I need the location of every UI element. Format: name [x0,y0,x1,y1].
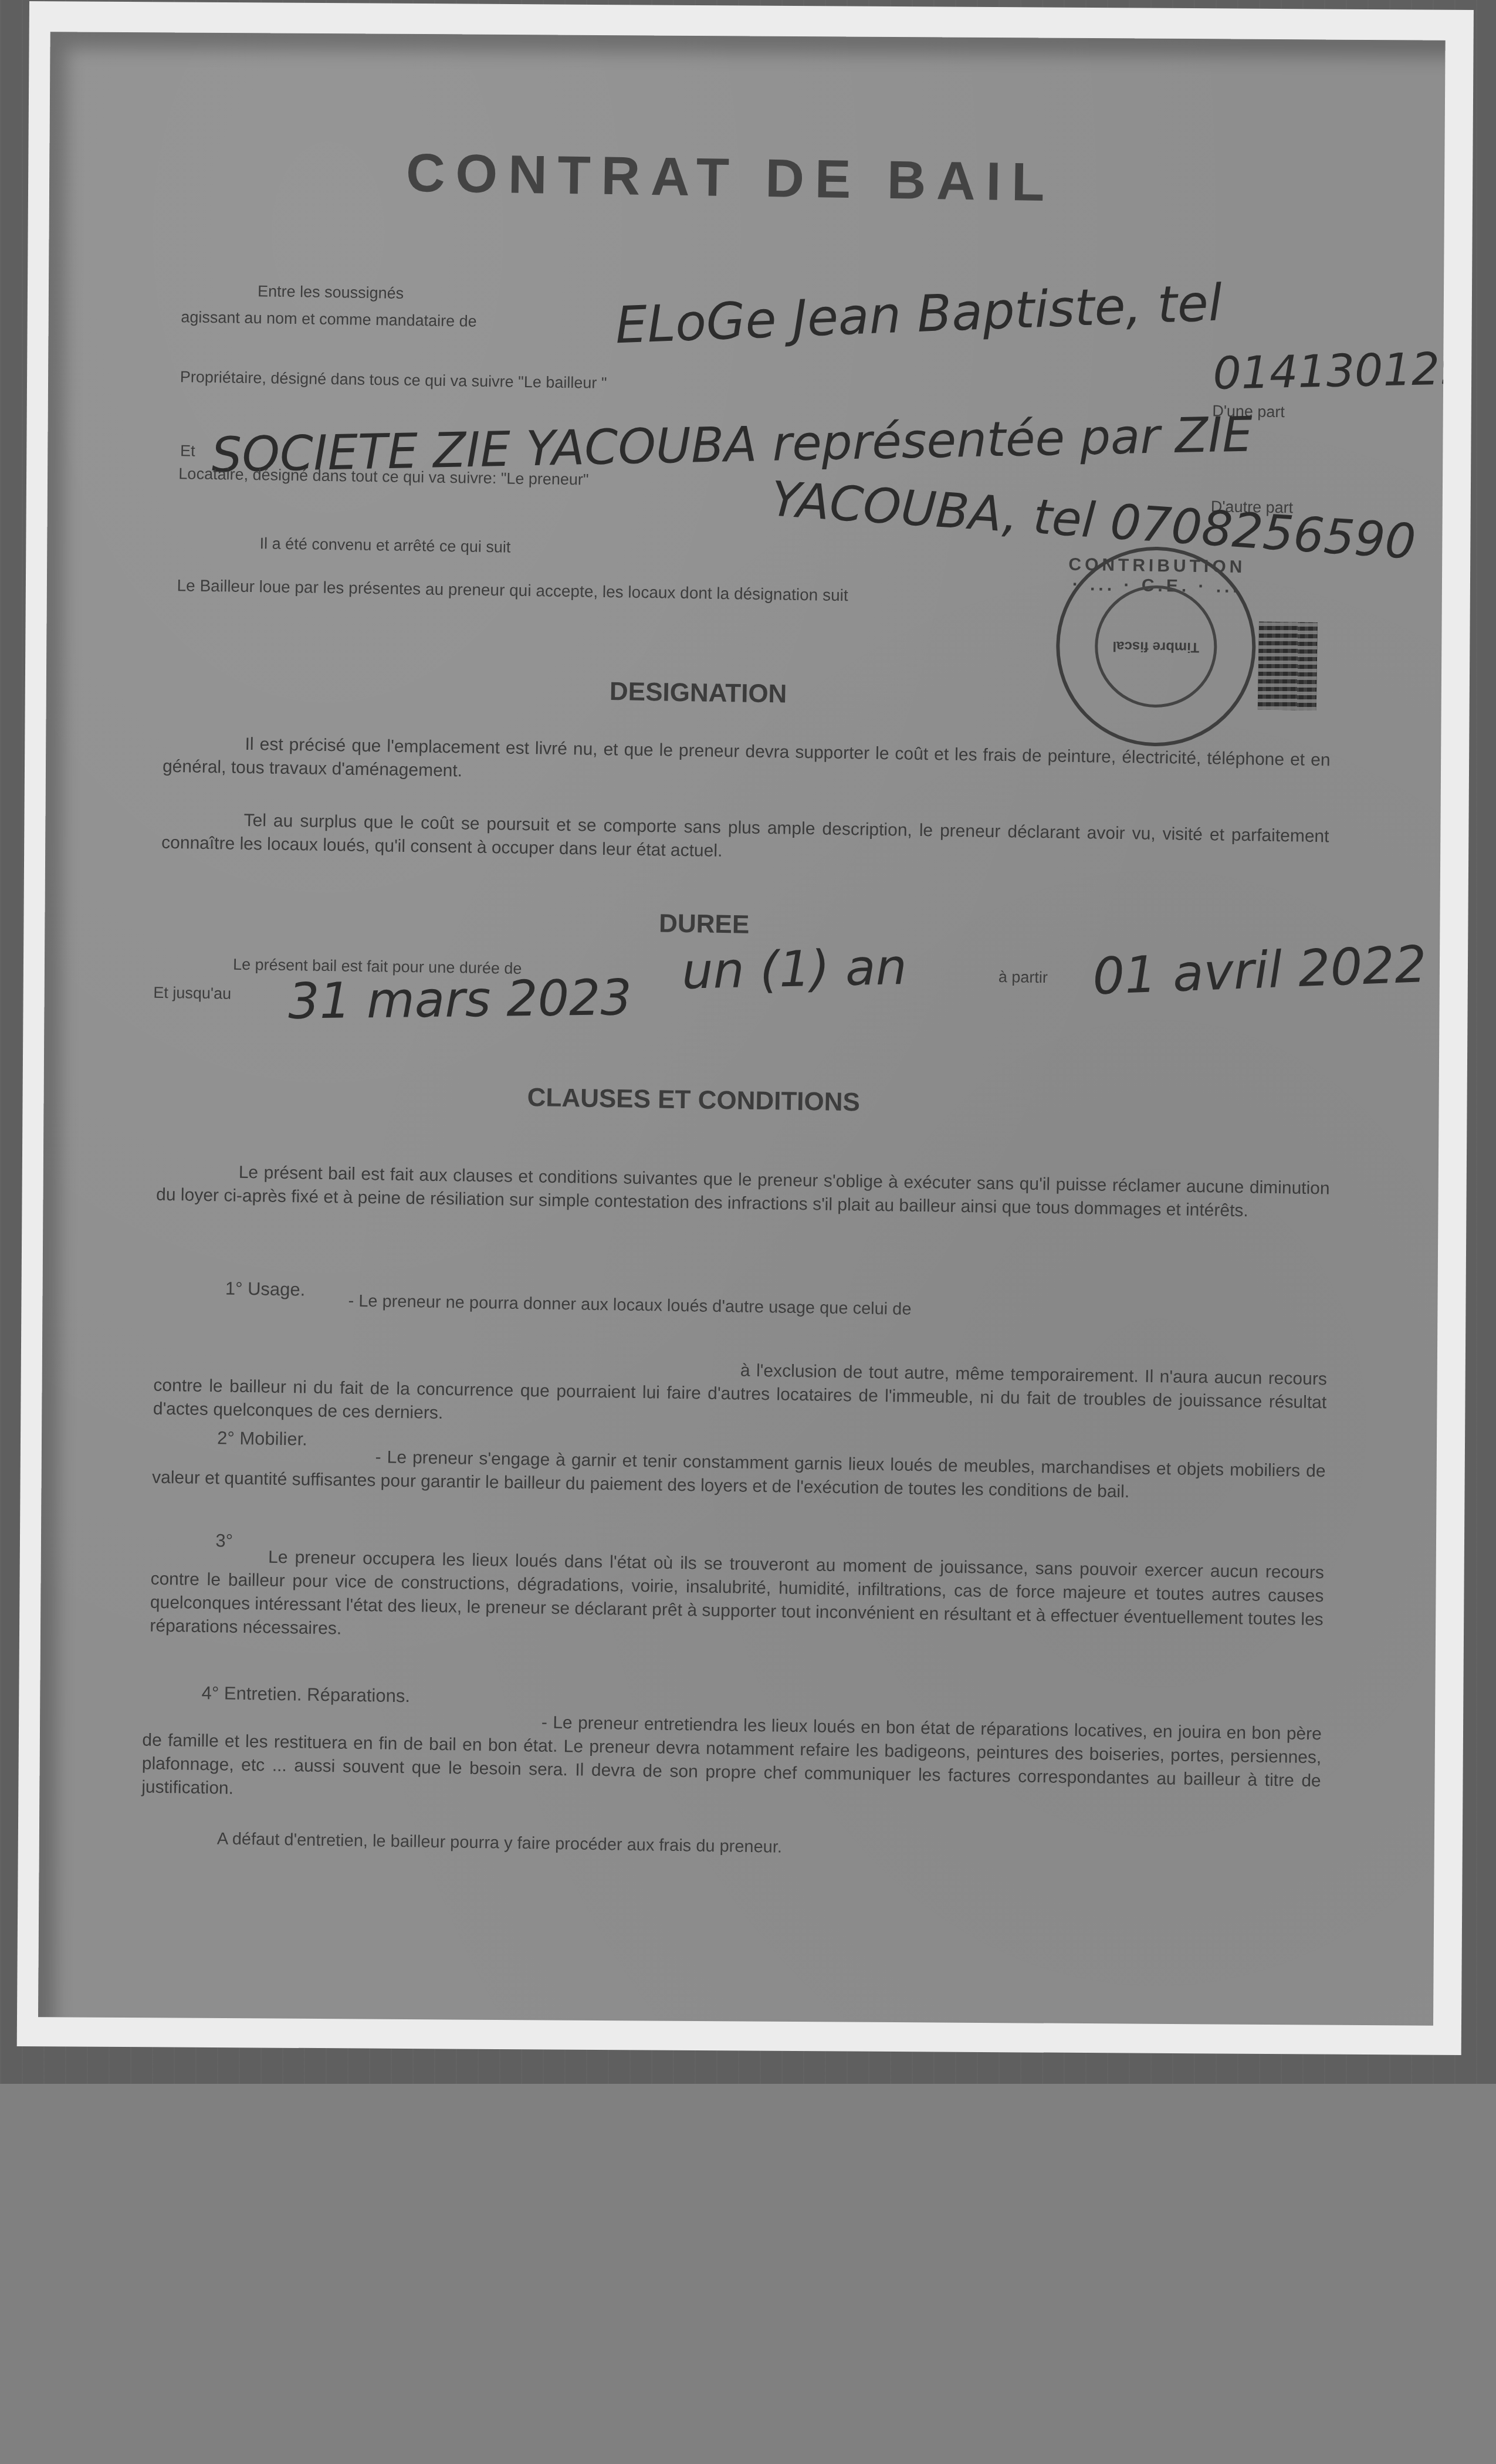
end-label: Et jusqu'au [153,984,231,1003]
default-clause: A défaut d'entretien, le bailleur pourra… [217,1829,783,1857]
and-label: Et [180,442,195,460]
landlord-phone-handwritten: 0141301290 [1212,341,1445,400]
photocopy-area: CONTRAT DE BAIL Entre les soussignés agi… [38,32,1446,2025]
clause-1-text-1: - Le preneur ne pourra donner aux locaux… [348,1292,911,1319]
stamp-inner-text: Timbre fiscal [1112,638,1199,655]
parties-intro-label: Entre les soussignés [258,282,404,303]
stamp-inner: Timbre fiscal [1094,584,1218,708]
designation-heading: DESIGNATION [610,677,787,709]
clause-4-label: 4° Entretien. Réparations. [201,1683,410,1707]
clause-3-text: Le preneur occupera les lieux loués dans… [150,1544,1324,1656]
start-label: à partir [999,968,1048,987]
document-content: CONTRAT DE BAIL Entre les soussignés agi… [38,32,1446,2025]
clause-1-label: 1° Usage. [225,1278,306,1301]
clause-4-text: - Le preneur entretiendra les lieux loué… [141,1705,1322,1816]
landlord-role-label: Propriétaire, désigné dans tous ce qui v… [180,368,607,392]
document-title: CONTRAT DE BAIL [405,143,1055,214]
mandate-label: agissant au nom et comme mandataire de [181,308,477,330]
clause-1-text-2: à l'exclusion de tout autre, même tempor… [153,1351,1328,1439]
qr-code-icon [1258,622,1318,710]
landlord-name-handwritten: ELoGe Jean Baptiste, tel [614,273,1223,355]
end-date-handwritten: 31 mars 2023 [288,969,632,1030]
start-date-handwritten: 01 avril 2022 [1091,935,1427,1006]
lease-statement: Le Bailleur loue par les présentes au pr… [177,576,848,605]
agreed-label: Il a été convenu et arrêté ce qui suit [260,534,511,556]
duree-heading: DUREE [659,909,750,939]
duration-handwritten: un (1) an [681,938,907,1000]
clause-2-text: - Le preneur s'engage à garnir et tenir … [152,1443,1326,1507]
scanned-page: CONTRAT DE BAIL Entre les soussignés agi… [17,1,1474,2055]
fiscal-stamp: CONTRIBUTION · ... · C.E. · ... Timbre f… [1055,545,1257,747]
designation-paragraph-2: Tel au surplus que le coût se poursuit e… [161,808,1329,872]
clauses-heading: CLAUSES ET CONDITIONS [527,1083,860,1117]
clauses-intro: Le présent bail est fait aux clauses et … [156,1160,1330,1224]
